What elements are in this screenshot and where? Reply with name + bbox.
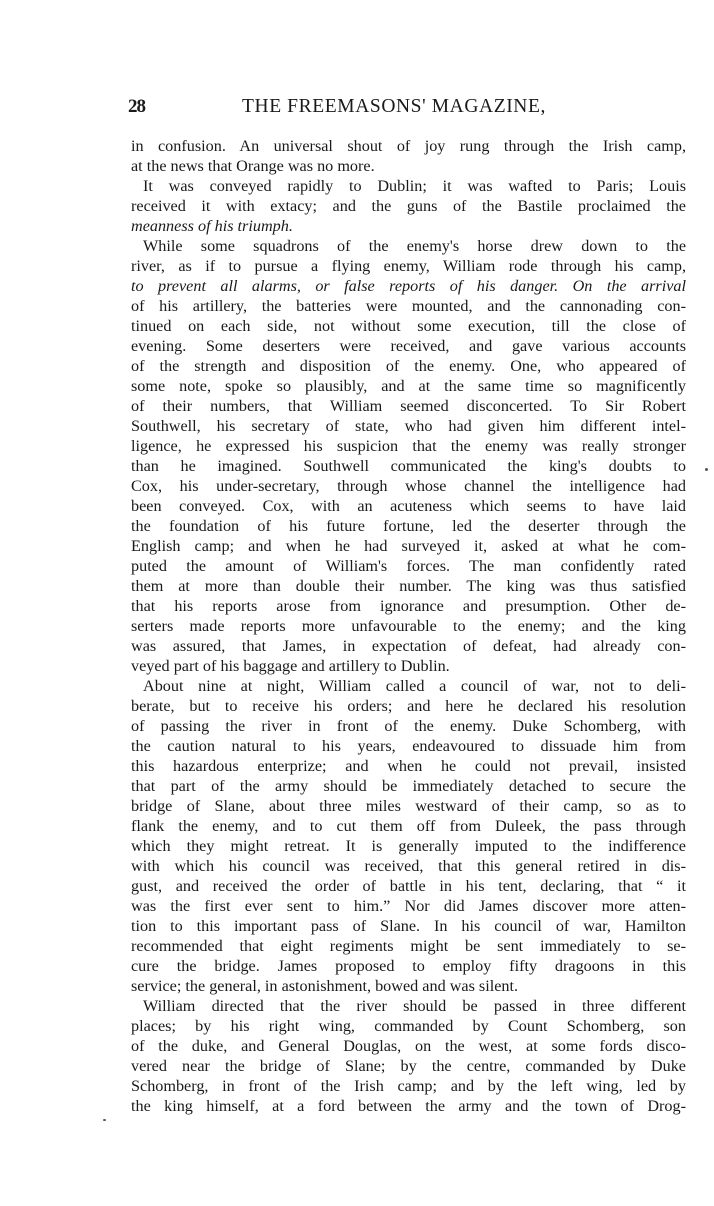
text-line: evening. Some deserters were received, a… xyxy=(131,336,686,356)
text-line: meanness of his triumph. xyxy=(131,216,686,236)
text-line: of passing the river in front of the ene… xyxy=(131,716,686,736)
text-line: of the duke, and General Douglas, on the… xyxy=(131,1036,686,1056)
text-line: than he imagined. Southwell communicated… xyxy=(131,456,686,476)
text-line: the king himself, at a ford between the … xyxy=(131,1096,686,1116)
body-text: in confusion. An universal shout of joy … xyxy=(131,136,686,1116)
text-line: ligence, he expressed his suspicion that… xyxy=(131,436,686,456)
page-number: 28 xyxy=(128,96,145,118)
text-line: to prevent all alarms, or false reports … xyxy=(131,276,686,296)
text-line: flank the enemy, and to cut them off fro… xyxy=(131,816,686,836)
text-line: It was conveyed rapidly to Dublin; it wa… xyxy=(131,176,686,196)
text-line: Southwell, his secretary of state, who h… xyxy=(131,416,686,436)
text-line: tinued on each side, not without some ex… xyxy=(131,316,686,336)
document-page: 28 THE FREEMASONS' MAGAZINE, in confusio… xyxy=(0,0,714,1206)
text-line: this hazardous enterprize; and when he c… xyxy=(131,756,686,776)
text-line: the foundation of his future fortune, le… xyxy=(131,516,686,536)
text-line: tion to this important pass of Slane. In… xyxy=(131,916,686,936)
running-head: 28 THE FREEMASONS' MAGAZINE, xyxy=(128,96,688,122)
text-line: the caution natural to his years, endeav… xyxy=(131,736,686,756)
text-line: berate, but to receive his orders; and h… xyxy=(131,696,686,716)
text-line: in confusion. An universal shout of joy … xyxy=(131,136,686,156)
text-line: bridge of Slane, about three miles westw… xyxy=(131,796,686,816)
text-line: river, as if to pursue a flying enemy, W… xyxy=(131,256,686,276)
text-line: gust, and received the order of battle i… xyxy=(131,876,686,896)
scan-speck xyxy=(103,1119,106,1121)
text-line: received it with extacy; and the guns of… xyxy=(131,196,686,216)
text-line: of their numbers, that William seemed di… xyxy=(131,396,686,416)
text-line: was assured, that James, in expectation … xyxy=(131,636,686,656)
text-line: that part of the army should be immediat… xyxy=(131,776,686,796)
text-line: While some squadrons of the enemy's hors… xyxy=(131,236,686,256)
text-line: veyed part of his baggage and artillery … xyxy=(131,656,686,676)
text-line: with which his council was received, tha… xyxy=(131,856,686,876)
text-line: puted the amount of William's forces. Th… xyxy=(131,556,686,576)
text-line: About nine at night, William called a co… xyxy=(131,676,686,696)
text-line: was the first ever sent to him.” Nor did… xyxy=(131,896,686,916)
text-line: of the strength and disposition of the e… xyxy=(131,356,686,376)
text-line: William directed that the river should b… xyxy=(131,996,686,1016)
text-line: Cox, his under-secretary, through whose … xyxy=(131,476,686,496)
magazine-title: THE FREEMASONS' MAGAZINE, xyxy=(242,96,546,118)
text-line: of his artillery, the batteries were mou… xyxy=(131,296,686,316)
text-line: at the news that Orange was no more. xyxy=(131,156,686,176)
text-line: recommended that eight regiments might b… xyxy=(131,936,686,956)
text-line: Schomberg, in front of the Irish camp; a… xyxy=(131,1076,686,1096)
text-line: English camp; and when he had surveyed i… xyxy=(131,536,686,556)
text-line: been conveyed. Cox, with an acuteness wh… xyxy=(131,496,686,516)
text-line: vered near the bridge of Slane; by the c… xyxy=(131,1056,686,1076)
text-line: cure the bridge. James proposed to emplo… xyxy=(131,956,686,976)
scan-speck xyxy=(705,468,708,471)
text-line: that his reports arose from ignorance an… xyxy=(131,596,686,616)
text-line: them at more than double their number. T… xyxy=(131,576,686,596)
text-line: which they might retreat. It is generall… xyxy=(131,836,686,856)
text-line: places; by his right wing, commanded by … xyxy=(131,1016,686,1036)
text-line: serters made reports more unfavourable t… xyxy=(131,616,686,636)
text-line: service; the general, in astonishment, b… xyxy=(131,976,686,996)
text-line: some note, spoke so plausibly, and at th… xyxy=(131,376,686,396)
